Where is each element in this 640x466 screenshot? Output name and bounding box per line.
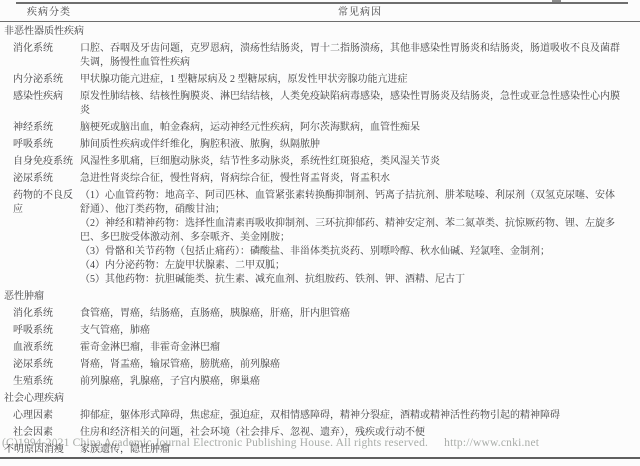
table-row: 生殖系统 前列腺癌，乳腺癌，子宫内膜癌，卵巢癌: [0, 375, 640, 389]
category-label: 感染性疾病: [0, 90, 80, 118]
table-header-row: 疾病分类 常见病因: [0, 5, 640, 20]
table-row: 呼吸系统 肺间质性疾病或伴纤维化，胸腔积液、脓胸，纵隔脓肿: [0, 138, 640, 152]
cause-cell: （1）心血管药物：地高辛、阿司匹林、血管紧张素转换酶抑制剂、钙离子拮抗剂、肼苯哒…: [80, 189, 628, 287]
drug-group-line: （2）神经和精神药物：选择性血清素再吸收抑制剂、三环抗抑郁药、精神安定剂、苯二氮…: [80, 217, 624, 245]
category-label: 血液系统: [0, 341, 80, 355]
category-label: 泌尿系统: [0, 172, 80, 186]
category-label: 呼吸系统: [0, 138, 80, 152]
table-row: 呼吸系统 支气管癌，肺癌: [0, 324, 640, 338]
table-row: 消化系统 食管癌，胃癌，结肠癌，直肠癌，胰腺癌，肝癌，肝内胆管癌: [0, 307, 640, 321]
table-row: 非恶性器质性疾病: [0, 25, 640, 39]
table-row-drug-reactions: 药物的不良反应 （1）心血管药物：地高辛、阿司匹林、血管紧张素转换酶抑制剂、钙离…: [0, 189, 640, 287]
category-label: 呼吸系统: [0, 324, 80, 338]
cause-cell: 住房和经济相关的问题，社会环境（社会排斥、忽视、遗弃），残疾或行动不便: [80, 426, 628, 440]
column-header-disease-category: 疾病分类: [0, 5, 80, 20]
category-label: 自身免疫系统: [0, 155, 80, 169]
table-row: 感染性疾病 原发性肺结核、结核性胸膜炎、淋巴结结核，人类免疫缺陷病毒感染，感染性…: [0, 90, 640, 118]
category-group-label: 非恶性器质性疾病: [0, 25, 84, 39]
category-label: 药物的不良反应: [0, 189, 80, 287]
table-row: 心理因素 抑郁症，躯体形式障碍，焦虑症，强迫症，双相情感障碍，精神分裂症，酒精或…: [0, 409, 640, 423]
cause-cell: 甲状腺功能亢进症，1 型糖尿病及 2 型糖尿病，原发性甲状旁腺功能亢进症: [80, 73, 628, 87]
table-row: 社会心理疾病: [0, 392, 640, 406]
table-row: 神经系统 脑梗死或脑出血，帕金森病，运动神经元性疾病，阿尔茨海默病，血管性痴呆: [0, 121, 640, 135]
category-label: 内分泌系统: [0, 73, 80, 87]
cause-cell: [80, 392, 628, 406]
drug-group-line: （1）心血管药物：地高辛、阿司匹林、血管紧张素转换酶抑制剂、钙离子拮抗剂、肼苯哒…: [80, 189, 624, 217]
cause-cell: [80, 290, 628, 304]
table-row: 血液系统 霍奇金淋巴瘤，非霍奇金淋巴瘤: [0, 341, 640, 355]
table-header-rule: [0, 21, 640, 22]
category-label: 生殖系统: [0, 375, 80, 389]
category-label: 神经系统: [0, 121, 80, 135]
category-label: 消化系统: [0, 42, 80, 70]
drug-group-line: （3）骨骼和关节药物（包括止痛药）：磷酸盐、非甾体类抗炎药、别嘌呤醇、秋水仙碱、…: [80, 245, 624, 259]
cause-cell: [84, 25, 632, 39]
table-row: 社会因素 住房和经济相关的问题，社会环境（社会排斥、忽视、遗弃），残疾或行动不便: [0, 426, 640, 440]
cause-cell: 支气管癌，肺癌: [80, 324, 628, 338]
table-row: 泌尿系统 急进性肾炎综合征，慢性肾病，肾病综合征，慢性肾盂肾炎，肾盂积水: [0, 172, 640, 186]
category-label: 泌尿系统: [0, 358, 80, 372]
cause-cell: 前列腺癌，乳腺癌，子宫内膜癌，卵巢癌: [80, 375, 628, 389]
drug-group-line: （4）内分泌药物：左旋甲状腺素、二甲双胍；: [80, 259, 624, 273]
cause-cell: 原发性肺结核、结核性胸膜炎、淋巴结结核，人类免疫缺陷病毒感染，感染性胃肠炎及结肠…: [80, 90, 628, 118]
cause-cell: 霍奇金淋巴瘤，非霍奇金淋巴瘤: [80, 341, 628, 355]
cause-cell: 风湿性多肌痛，巨细胞动脉炎，结节性多动脉炎，系统性红斑狼疮，类风湿关节炎: [80, 155, 628, 169]
cause-cell: 急进性肾炎综合征，慢性肾病，肾病综合征，慢性肾盂肾炎，肾盂积水: [80, 172, 628, 186]
category-group-label: 社会心理疾病: [0, 392, 80, 406]
cause-cell: 肾癌，肾盂癌，输尿管癌，膀胱癌，前列腺癌: [80, 358, 628, 372]
scanned-table-page: 疾病分类 常见病因 非恶性器质性疾病 消化系统 口腔、吞咽及牙齿问题，克罗恩病，…: [0, 0, 640, 466]
cause-cell: 肺间质性疾病或伴纤维化，胸腔积液、脓胸，纵隔脓肿: [80, 138, 628, 152]
table-row: 恶性肿瘤: [0, 290, 640, 304]
drug-group-line: （5）其他药物：抗胆碱能类、抗生素、减充血剂、抗组胺药、铁剂、钾、酒精、尼古丁: [80, 273, 624, 287]
table-row: 消化系统 口腔、吞咽及牙齿问题，克罗恩病，溃疡性结肠炎，胃十二指肠溃疡，其他非感…: [0, 42, 640, 70]
category-group-label: 不明原因消瘦: [0, 443, 80, 457]
column-header-common-causes: 常见病因: [80, 5, 640, 20]
category-label: 心理因素: [0, 409, 80, 423]
cause-cell: 家族遗传，隐性肿瘤: [80, 443, 628, 457]
table-row: 内分泌系统 甲状腺功能亢进症，1 型糖尿病及 2 型糖尿病，原发性甲状旁腺功能亢…: [0, 73, 640, 87]
cause-cell: 脑梗死或脑出血，帕金森病，运动神经元性疾病，阿尔茨海默病，血管性痴呆: [80, 121, 628, 135]
category-label: 社会因素: [0, 426, 80, 440]
table-body: 非恶性器质性疾病 消化系统 口腔、吞咽及牙齿问题，克罗恩病，溃疡性结肠炎，胃十二…: [0, 25, 640, 460]
table-row: 自身免疫系统 风湿性多肌痛，巨细胞动脉炎，结节性多动脉炎，系统性红斑狼疮，类风湿…: [0, 155, 640, 169]
cause-cell: 抑郁症，躯体形式障碍，焦虑症，强迫症，双相情感障碍，精神分裂症，酒精或精神活性药…: [80, 409, 628, 423]
table-row: 不明原因消瘦 家族遗传，隐性肿瘤: [0, 443, 640, 457]
cause-cell: 口腔、吞咽及牙齿问题，克罗恩病，溃疡性结肠炎，胃十二指肠溃疡，其他非感染性胃肠炎…: [80, 42, 628, 70]
table-top-rule: [16, 2, 628, 4]
cause-cell: 食管癌，胃癌，结肠癌，直肠癌，胰腺癌，肝癌，肝内胆管癌: [80, 307, 628, 321]
table-row: 泌尿系统 肾癌，肾盂癌，输尿管癌，膀胱癌，前列腺癌: [0, 358, 640, 372]
category-label: 消化系统: [0, 307, 80, 321]
category-group-label: 恶性肿瘤: [0, 290, 80, 304]
